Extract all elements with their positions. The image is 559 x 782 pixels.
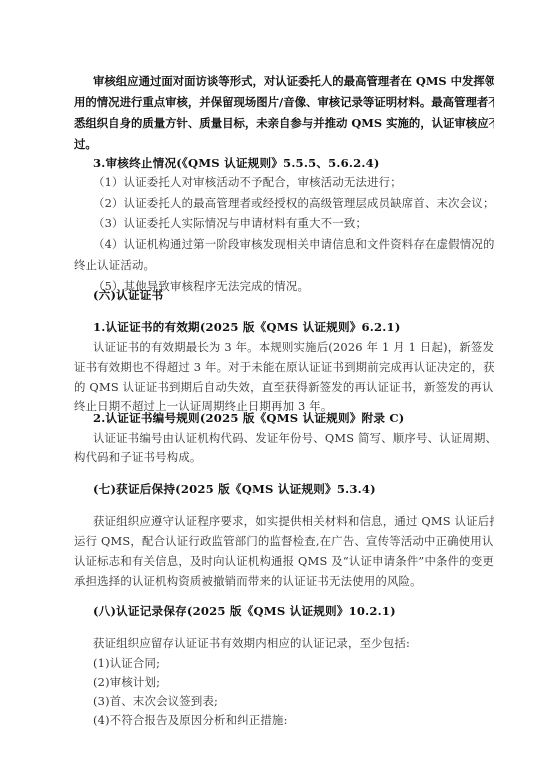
section8-intro: 获证组织应留存认证证书有效期内相应的认证记录，至少包括: <box>93 635 494 651</box>
intro-line-1: 审核组应通过面对面访谈等形式，对认证委托人的最高管理者在 QMS 中发挥领导作 <box>93 73 494 89</box>
section6-sub2-heading: 2.认证证书编号规则(2025 版《QMS 认证规则》附录 C) <box>93 410 494 426</box>
document-page: 审核组应通过面对面访谈等形式，对认证委托人的最高管理者在 QMS 中发挥领导作 … <box>0 0 559 782</box>
section7-heading: (七)获证后保持(2025 版《QMS 认证规则》5.3.4) <box>93 481 494 497</box>
termination-item-4-cont: 终止认证活动。 <box>74 257 494 273</box>
section8-heading: (八)认证记录保存(2025 版《QMS 认证规则》10.2.1) <box>93 603 494 619</box>
section6-sub2-line-1: 认证证书编号由认证机构代码、发证年份号、QMS 简写、顺序号、认证周期、认可机 <box>93 430 494 446</box>
section7-line-3: 认证标志和有关信息，及时向认证机构通报 QMS 及“认证申请条件”中条件的变更情… <box>74 553 494 569</box>
termination-item-3: （3）认证委托人实际情况与申请材料有重大不一致； <box>93 215 494 231</box>
termination-item-2: （2）认证委托人的最高管理者或经授权的高级管理层成员缺席首、末次会议； <box>93 195 494 211</box>
termination-item-1: （1）认证委托人对审核活动不予配合，审核活动无法进行； <box>93 174 494 190</box>
section6-sub1-line-1: 认证证书的有效期最长为 3 年。本规则实施后(2026 年 1 月 1 日起)，… <box>93 339 494 355</box>
intro-line-3: 悉组织自身的质量方针、质量目标，未亲自参与并推动 QMS 实施的，认证审核应不予… <box>74 115 494 131</box>
section7-line-1: 获证组织应遵守认证程序要求，如实提供相关材料和信息，通过 QMS 认证后持续有效 <box>93 513 494 529</box>
section6-sub1-line-2: 证书有效期也不得超过 3 年。对于未能在原认证证书到期前完成再认证决定的，获证组… <box>74 359 494 375</box>
section7-line-4: 承担选择的认证机构资质被撤销而带来的认证证书无法使用的风险。 <box>74 573 494 589</box>
termination-item-4: （4）认证机构通过第一阶段审核发现相关申请信息和文件资料存在虚假情况的，应 <box>93 236 494 252</box>
section8-item-4: (4)不符合报告及原因分析和纠正措施: <box>93 712 494 728</box>
section6-sub2-line-2: 构代码和子证书号构成。 <box>74 449 494 465</box>
section8-item-2: (2)审核计划; <box>93 674 494 690</box>
termination-heading: 3.审核终止情况(《QMS 认证规则》5.5.5、5.6.2.4) <box>93 155 494 171</box>
intro-line-2: 用的情况进行重点审核，并保留现场图片/音像、审核记录等证明材料。最高管理者不熟 <box>74 94 494 110</box>
section8-item-3: (3)首、末次会议签到表; <box>93 693 494 709</box>
section8-item-1: (1)认证合同; <box>93 655 494 671</box>
section6-sub1-heading: 1.认证证书的有效期(2025 版《QMS 认证规则》6.2.1) <box>93 319 494 335</box>
section6-sub1-line-3: 的 QMS 认证证书到期后自动失效，直至获得新签发的再认证证书，新签发的再认证证… <box>74 379 494 395</box>
section7-line-2: 运行 QMS，配合认证行政监管部门的监督检查,在广告、宣传等活动中正确使用认证证… <box>74 533 494 549</box>
section6-heading: (六)认证证书 <box>93 287 494 303</box>
intro-line-4: 过。 <box>74 136 494 152</box>
